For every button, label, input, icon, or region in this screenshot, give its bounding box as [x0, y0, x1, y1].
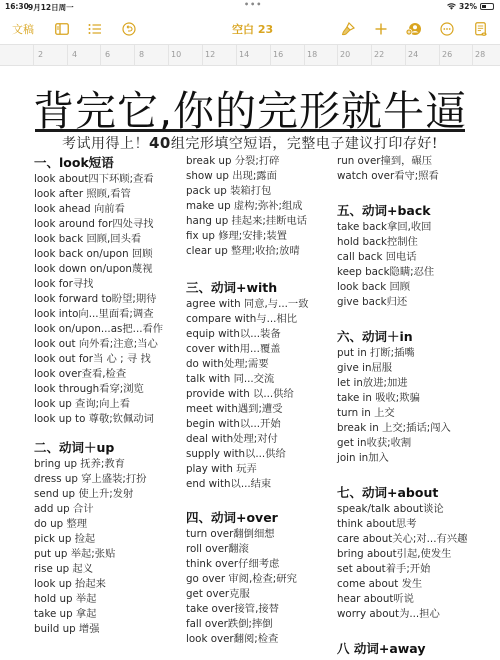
ruler-tick: 22	[374, 50, 384, 59]
phrase-item: equip with以...装备	[186, 327, 336, 342]
battery-icon	[480, 3, 494, 10]
wifi-icon	[447, 3, 456, 10]
phrase-item: break in 上交;插话;闯入	[337, 421, 497, 436]
phrase-item: give back归还	[337, 295, 497, 310]
more-icon[interactable]	[438, 14, 456, 44]
phrase-item: look into向...里面看;调查	[34, 307, 184, 322]
phrase-item: pack up 装箱打包	[186, 184, 336, 199]
section-heading: 八 动词+away	[337, 640, 497, 658]
phrase-item: set about着手;开始	[337, 562, 497, 577]
phrase-item: look ahead 向前看	[34, 202, 184, 217]
phrase-item: hold up 举起	[34, 592, 184, 607]
phrase-item: provide with 以...供给	[186, 387, 336, 402]
phrase-item: care about关心;对...有兴趣	[337, 532, 497, 547]
phrase-item: look back 回顾	[337, 280, 497, 295]
phrase-item: look over查看,检查	[34, 367, 184, 382]
phrase-item: put in 打断;插嘴	[337, 346, 497, 361]
sidebar-icon[interactable]	[53, 14, 71, 44]
phrase-item: add up 合计	[34, 502, 184, 517]
section-heading: 二、动词＋up	[34, 439, 184, 457]
phrase-item: look for寻找	[34, 277, 184, 292]
phrase-item: agree with 同意,与...一致	[186, 297, 336, 312]
ruler[interactable]: 2 4 6 8 10 12 14 16 18 20 22 24 26 28	[0, 44, 500, 66]
phrase-item: get in收获;收割	[337, 436, 497, 451]
title-divider	[35, 129, 465, 132]
phrase-item: roll over翻滚	[186, 542, 336, 557]
phrase-item: end with以...结束	[186, 477, 336, 492]
phrase-item: come about 发生	[337, 577, 497, 592]
phrase-item: compare with与...相比	[186, 312, 336, 327]
phrase-item: look on/upon...as把...看作	[34, 322, 184, 337]
phrase-item: break up 分裂;打碎	[186, 154, 336, 169]
ruler-tick: 12	[205, 50, 215, 59]
phrase-item: meet with遇到;遭受	[186, 402, 336, 417]
phrase-item: hang up 挂起来;挂断电话	[186, 214, 336, 229]
phrase-item: bring up 抚养;教育	[34, 457, 184, 472]
section-heading: 四、动词+over	[186, 509, 336, 527]
toolbar: 文稿 空白 23	[0, 14, 500, 44]
section-heading: 五、动词+back	[337, 202, 497, 220]
document-title[interactable]: 空白 23	[232, 14, 273, 44]
phrase-item: look around for四处寻找	[34, 217, 184, 232]
phrase-item: join in加入	[337, 451, 497, 466]
phrase-item: look over翻阅;检查	[186, 632, 336, 647]
phrase-item: hold back控制住	[337, 235, 497, 250]
phrase-item: pick up 捡起	[34, 532, 184, 547]
subtitle-text: 考试用得上！	[62, 136, 149, 152]
phrase-item: look forward to盼望;期待	[34, 292, 184, 307]
list-icon[interactable]	[86, 14, 104, 44]
phrase-item: take over接管,接替	[186, 602, 336, 617]
status-bar: 16:30 9月12日周一 ••• 32%	[0, 0, 500, 14]
phrase-item: hear about听说	[337, 592, 497, 607]
documents-button[interactable]: 文稿	[12, 14, 34, 44]
column-1: 一、look短语 look about四下环顾;查看 look after 照顾…	[34, 154, 184, 637]
phrase-item: supply with以...供给	[186, 447, 336, 462]
status-right: 32%	[447, 2, 494, 11]
battery-percent: 32%	[459, 2, 477, 11]
plus-icon[interactable]	[372, 14, 390, 44]
subtitle-count: 40	[149, 134, 171, 152]
collaborate-icon[interactable]	[405, 14, 423, 44]
phrase-item: look up to 尊敬;钦佩动词	[34, 412, 184, 427]
phrase-item: keep back隐瞒;忍住	[337, 265, 497, 280]
phrase-item: make up 虚构;弥补;组成	[186, 199, 336, 214]
phrase-item: cover with用...覆盖	[186, 342, 336, 357]
phrase-item: speak/talk about谈论	[337, 502, 497, 517]
phrase-item: look up 查询;向上看	[34, 397, 184, 412]
ruler-tick: 8	[139, 50, 144, 59]
phrase-item: look about四下环顾;查看	[34, 172, 184, 187]
phrase-item: take up 拿起	[34, 607, 184, 622]
ruler-tick: 20	[340, 50, 350, 59]
phrase-item: get over克服	[186, 587, 336, 602]
phrase-item: fall over跌倒;摔倒	[186, 617, 336, 632]
section-heading: 三、动词+with	[186, 279, 336, 297]
column-3: run over撞到，碾压 watch over看守;照看 五、动词+back …	[337, 154, 497, 658]
phrase-item: watch over看守;照看	[337, 169, 497, 184]
phrase-item: build up 增强	[34, 622, 184, 637]
phrase-item: take back拿回,收回	[337, 220, 497, 235]
phrase-item: go over 审阅,检查;研究	[186, 572, 336, 587]
section-heading: 六、动词＋in	[337, 328, 497, 346]
phrase-item: put up 举起;张贴	[34, 547, 184, 562]
section-heading: 七、动词+about	[337, 484, 497, 502]
ruler-tick: 2	[38, 50, 43, 59]
phrase-item: turn in 上交	[337, 406, 497, 421]
phrase-item: show up 出现;露面	[186, 169, 336, 184]
phrase-item: begin with以...开始	[186, 417, 336, 432]
document-canvas[interactable]: 背完它,你的完形就牛逼 考试用得上！40组完形填空短语，完整电子建议打印存好! …	[0, 66, 500, 660]
phrase-item: let in放进;加进	[337, 376, 497, 391]
document-view-icon[interactable]	[472, 14, 490, 44]
phrase-item: think over仔细考虑	[186, 557, 336, 572]
column-2: break up 分裂;打碎 show up 出现;露面 pack up 装箱打…	[186, 154, 336, 647]
phrase-item: do with处理;需要	[186, 357, 336, 372]
phrase-item: do up 整理	[34, 517, 184, 532]
phrase-item: rise up 起义	[34, 562, 184, 577]
phrase-item: turn over翻倒细想	[186, 527, 336, 542]
phrase-item: call back 回电话	[337, 250, 497, 265]
ruler-tick: 24	[408, 50, 418, 59]
subtitle: 考试用得上！40组完形填空短语，完整电子建议打印存好!	[0, 133, 500, 153]
ruler-tick: 4	[72, 50, 77, 59]
multitask-dots-icon[interactable]: •••	[244, 0, 262, 9]
phrase-item: look out 向外看;注意;当心	[34, 337, 184, 352]
phrase-item: give in屈服	[337, 361, 497, 376]
phrase-item: worry about为...担心	[337, 607, 497, 622]
ruler-tick: 6	[105, 50, 110, 59]
ruler-tick: 18	[307, 50, 317, 59]
phrase-item: think about思考	[337, 517, 497, 532]
phrase-item: dress up 穿上盛装;打扮	[34, 472, 184, 487]
ruler-tick: 10	[171, 50, 181, 59]
subtitle-text: 组完形填空短语，完整电子建议打印存好!	[171, 136, 438, 152]
phrase-item: send up 使上升;发射	[34, 487, 184, 502]
phrase-item: run over撞到，碾压	[337, 154, 497, 169]
status-time: 16:30	[5, 2, 29, 11]
phrase-item: bring about引起,使发生	[337, 547, 497, 562]
ruler-tick: 16	[273, 50, 283, 59]
phrase-item: look through看穿;浏览	[34, 382, 184, 397]
phrase-item: look back on/upon 回顾	[34, 247, 184, 262]
undo-icon[interactable]	[120, 14, 138, 44]
ruler-tick: 28	[475, 50, 485, 59]
phrase-item: look up 抬起来	[34, 577, 184, 592]
phrase-item: talk with 同...交流	[186, 372, 336, 387]
status-date: 9月12日周一	[28, 2, 74, 13]
phrase-item: clear up 整理;收拾;放晴	[186, 244, 336, 259]
phrase-item: fix up 修理;安排;装置	[186, 229, 336, 244]
ruler-tick: 14	[239, 50, 249, 59]
phrase-item: look after 照顾,看管	[34, 187, 184, 202]
phrase-item: look out for当 心 ; 寻 找	[34, 352, 184, 367]
ruler-tick: 26	[442, 50, 452, 59]
phrase-item: look back 回顾,回头看	[34, 232, 184, 247]
phrase-item: deal with处理;对付	[186, 432, 336, 447]
phrase-item: look down on/upon蔑视	[34, 262, 184, 277]
phrase-item: play with 玩弄	[186, 462, 336, 477]
section-heading: 一、look短语	[34, 154, 184, 172]
phrase-item: take in 吸收;欺骗	[337, 391, 497, 406]
paintbrush-icon[interactable]	[339, 14, 357, 44]
